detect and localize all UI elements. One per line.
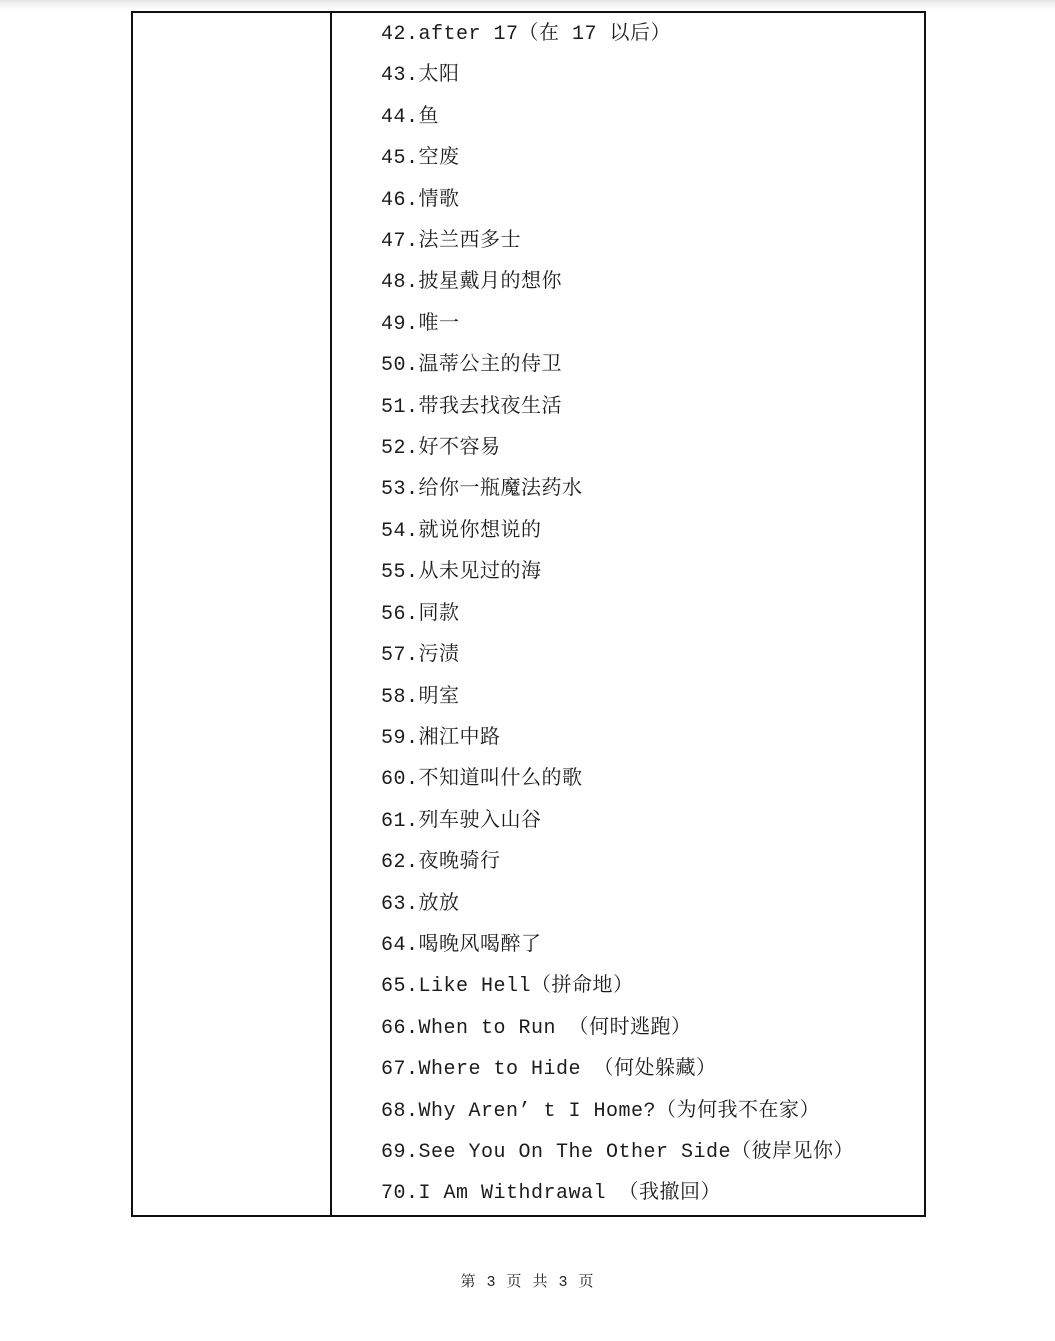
list-item: 57.污渍 [381, 635, 924, 676]
list-item: 53.给你一瓶魔法药水 [381, 469, 924, 510]
list-item: 65.Like Hell（拼命地） [381, 966, 924, 1007]
table-cell-song-list: 42.after 17（在 17 以后） 43.太阳 44.鱼 45.空废 46… [332, 13, 924, 1215]
list-item: 59.湘江中路 [381, 718, 924, 759]
list-item: 52.好不容易 [381, 428, 924, 469]
list-item: 69.See You On The Other Side（彼岸见你） [381, 1132, 924, 1173]
list-item: 61.列车驶入山谷 [381, 801, 924, 842]
list-item: 47.法兰西多士 [381, 221, 924, 262]
list-item: 46.情歌 [381, 180, 924, 221]
list-item: 54.就说你想说的 [381, 511, 924, 552]
list-item: 56.同款 [381, 594, 924, 635]
list-item: 58.明室 [381, 677, 924, 718]
page-number-indicator: 第 3 页 共 3 页 [0, 1270, 1055, 1291]
list-item: 60.不知道叫什么的歌 [381, 759, 924, 800]
list-item: 64.喝晚风喝醉了 [381, 925, 924, 966]
list-item: 68.Why Aren’ t I Home?（为何我不在家） [381, 1091, 924, 1132]
list-item: 62.夜晚骑行 [381, 842, 924, 883]
list-item: 43.太阳 [381, 55, 924, 96]
list-item: 44.鱼 [381, 97, 924, 138]
list-item: 67.Where to Hide （何处躲藏） [381, 1049, 924, 1090]
list-item: 55.从未见过的海 [381, 552, 924, 593]
list-item: 42.after 17（在 17 以后） [381, 14, 924, 55]
list-item: 63.放放 [381, 884, 924, 925]
list-item: 50.温蒂公主的侍卫 [381, 345, 924, 386]
list-item: 66.When to Run （何时逃跑） [381, 1008, 924, 1049]
list-item: 49.唯一 [381, 304, 924, 345]
list-item: 45.空废 [381, 138, 924, 179]
list-item: 51.带我去找夜生活 [381, 387, 924, 428]
list-item: 70.I Am Withdrawal （我撤回） [381, 1173, 924, 1214]
list-item: 48.披星戴月的想你 [381, 262, 924, 303]
document-table: 42.after 17（在 17 以后） 43.太阳 44.鱼 45.空废 46… [131, 11, 926, 1217]
table-cell-left-empty [133, 13, 332, 1215]
page-top-shade [0, 0, 1055, 10]
